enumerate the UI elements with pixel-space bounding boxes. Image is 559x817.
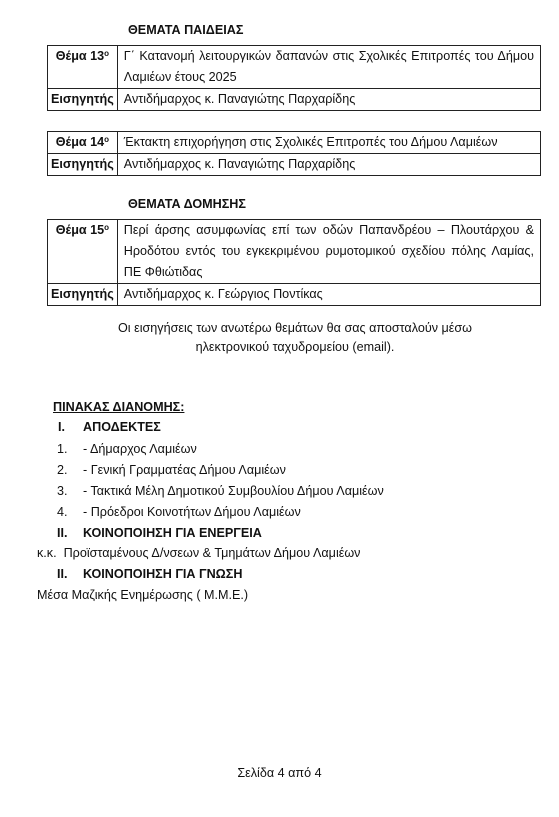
list-item: - Πρόεδροι Κοινοτήτων Δήμου Λαμιέων xyxy=(83,505,301,519)
topic-title: Περί άρσης ασυμφωνίας επί των οδών Παπαν… xyxy=(117,220,540,284)
ordinal-sup: ο xyxy=(104,223,109,232)
rapporteur-name: Αντιδήμαρχος κ. Παναγιώτης Παρχαρίδης xyxy=(117,154,540,176)
rapporteur-label: Εισηγητής xyxy=(48,284,118,306)
rapporteur-row: Εισηγητής Αντιδήμαρχος κ. Γεώργιος Ποντί… xyxy=(48,284,541,306)
rapporteur-name: Αντιδήμαρχος κ. Γεώργιος Ποντίκας xyxy=(117,284,540,306)
distribution-title: ΠΙΝΑΚΑΣ ΔΙΑΝΟΜΗΣ: xyxy=(53,400,184,414)
roman-numeral: II. xyxy=(57,567,68,581)
topic-label-cell: Θέμα 15ο xyxy=(48,220,118,284)
email-notice: Οι εισηγήσεις των ανωτέρω θεμάτων θα σας… xyxy=(85,319,505,357)
topic-row: Θέμα 13ο Γ΄ Κατανομή λειτουργικών δαπανώ… xyxy=(48,46,541,89)
topic-label-cell: Θέμα 14ο xyxy=(48,132,118,154)
page-number: Σελίδα 4 από 4 xyxy=(0,766,559,780)
list-number: 2. xyxy=(57,463,68,477)
topic-table-14: Θέμα 14ο Έκτακτη επιχορήγηση στις Σχολικ… xyxy=(47,131,541,176)
action-heading: ΚΟΙΝΟΠΟΙΗΣΗ ΓΙΑ ΕΝΕΡΓΕΙΑ xyxy=(83,526,262,540)
topic-title: Γ΄ Κατανομή λειτουργικών δαπανών στις Σχ… xyxy=(117,46,540,89)
list-item: - Δήμαρχος Λαμιέων xyxy=(83,442,197,456)
list-number: 3. xyxy=(57,484,68,498)
topic-title: Έκτακτη επιχορήγηση στις Σχολικές Επιτρο… xyxy=(117,132,540,154)
rapporteur-row: Εισηγητής Αντιδήμαρχος κ. Παναγιώτης Παρ… xyxy=(48,89,541,111)
rapporteur-name: Αντιδήμαρχος κ. Παναγιώτης Παρχαρίδης xyxy=(117,89,540,111)
topic-table-15: Θέμα 15ο Περί άρσης ασυμφωνίας επί των ο… xyxy=(47,219,541,306)
recipients-heading: ΑΠΟΔΕΚΤΕΣ xyxy=(83,420,161,434)
action-recipients: κ.κ. Προϊσταμένους Δ/νσεων & Τμημάτων Δή… xyxy=(37,546,360,560)
list-item: - Τακτικά Μέλη Δημοτικού Συμβουλίου Δήμο… xyxy=(83,484,384,498)
topic-table-13: Θέμα 13ο Γ΄ Κατανομή λειτουργικών δαπανώ… xyxy=(47,45,541,111)
topic-row: Θέμα 15ο Περί άρσης ασυμφωνίας επί των ο… xyxy=(48,220,541,284)
ordinal-sup: ο xyxy=(104,49,109,58)
topic-number: Θέμα 13 xyxy=(56,49,104,63)
info-heading: ΚΟΙΝΟΠΟΙΗΣΗ ΓΙΑ ΓΝΩΣΗ xyxy=(83,567,242,581)
roman-numeral: II. xyxy=(57,526,68,540)
info-recipients: Μέσα Μαζικής Ενημέρωσης ( Μ.Μ.Ε.) xyxy=(37,588,248,602)
section-heading-education: ΘΕΜΑΤΑ ΠΑΙΔΕΙΑΣ xyxy=(128,23,243,37)
list-item: - Γενική Γραμματέας Δήμου Λαμιέων xyxy=(83,463,286,477)
topic-number: Θέμα 15 xyxy=(56,223,104,237)
list-number: 4. xyxy=(57,505,68,519)
topic-number: Θέμα 14 xyxy=(56,135,104,149)
roman-numeral: I. xyxy=(58,420,65,434)
ordinal-sup: ο xyxy=(104,135,109,144)
topic-row: Θέμα 14ο Έκτακτη επιχορήγηση στις Σχολικ… xyxy=(48,132,541,154)
rapporteur-row: Εισηγητής Αντιδήμαρχος κ. Παναγιώτης Παρ… xyxy=(48,154,541,176)
rapporteur-label: Εισηγητής xyxy=(48,89,118,111)
list-number: 1. xyxy=(57,442,68,456)
rapporteur-label: Εισηγητής xyxy=(48,154,118,176)
topic-label-cell: Θέμα 13ο xyxy=(48,46,118,89)
section-heading-construction: ΘΕΜΑΤΑ ΔΟΜΗΣΗΣ xyxy=(128,197,246,211)
